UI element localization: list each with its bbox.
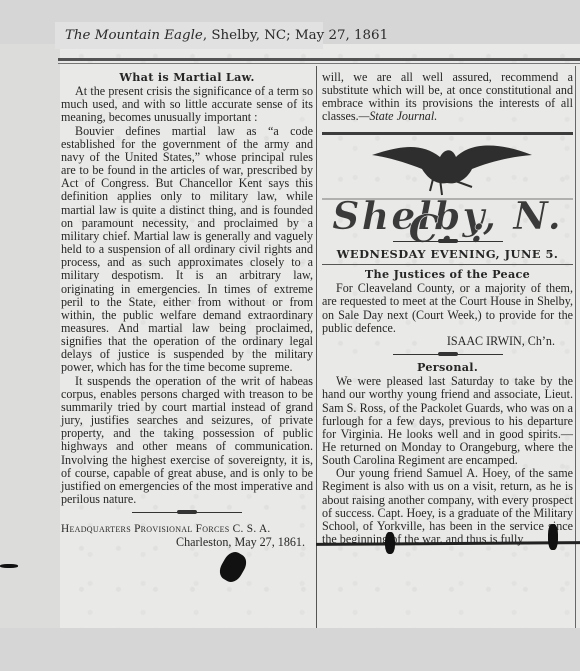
caption-details: , Shelby, NC; May 27, 1861 [203, 28, 388, 43]
left-column: What is Martial Law. At the present cris… [61, 69, 313, 549]
source-credit: —State Journal. [359, 109, 438, 123]
continued-article-text: will, we are all well assured, recommend… [322, 71, 573, 124]
article-paragraph: At the present crisis the significance o… [61, 85, 313, 124]
top-rule-thin [58, 63, 580, 64]
article-paragraph: For Cleaveland County, or a majority of … [322, 282, 573, 335]
eagle-icon [322, 135, 573, 201]
masthead-title: Shelby, N. C. : [322, 209, 573, 235]
article-paragraph: Our young friend Samuel A. Hoey, of the … [322, 467, 573, 546]
top-rule [58, 58, 580, 61]
image-caption: The Mountain Eagle, Shelby, NC; May 27, … [55, 22, 323, 49]
ink-blot [216, 549, 250, 586]
ink-blot [0, 564, 18, 568]
ornamental-divider [132, 512, 242, 513]
article-paragraph: Bouvier defines martial law as “a code e… [61, 125, 313, 375]
scan-left-margin [0, 44, 60, 628]
headquarters-dateline: Charleston, May 27, 1861. [61, 536, 313, 549]
article-heading-justices: The Justices of the Peace [322, 268, 573, 281]
article-heading-personal: Personal. [322, 361, 573, 374]
issue-dateline: WEDNESDAY EVENING, JUNE 5. [322, 248, 573, 265]
ornamental-divider [393, 354, 503, 355]
article-heading-martial-law: What is Martial Law. [61, 71, 313, 84]
right-column: will, we are all well assured, recommend… [322, 71, 573, 546]
ink-blot [385, 532, 395, 554]
article-paragraph: It suspends the operation of the writ of… [61, 375, 313, 507]
newspaper-scan: What is Martial Law. At the present cris… [0, 44, 580, 628]
ink-blot [548, 524, 558, 550]
eagle-illustration [322, 135, 573, 201]
ornamental-divider [393, 241, 503, 242]
publication-name: The Mountain Eagle [65, 28, 203, 43]
signature: ISAAC IRWIN, Ch’n. [322, 335, 573, 348]
article-paragraph: We were pleased last Saturday to take by… [322, 375, 573, 467]
